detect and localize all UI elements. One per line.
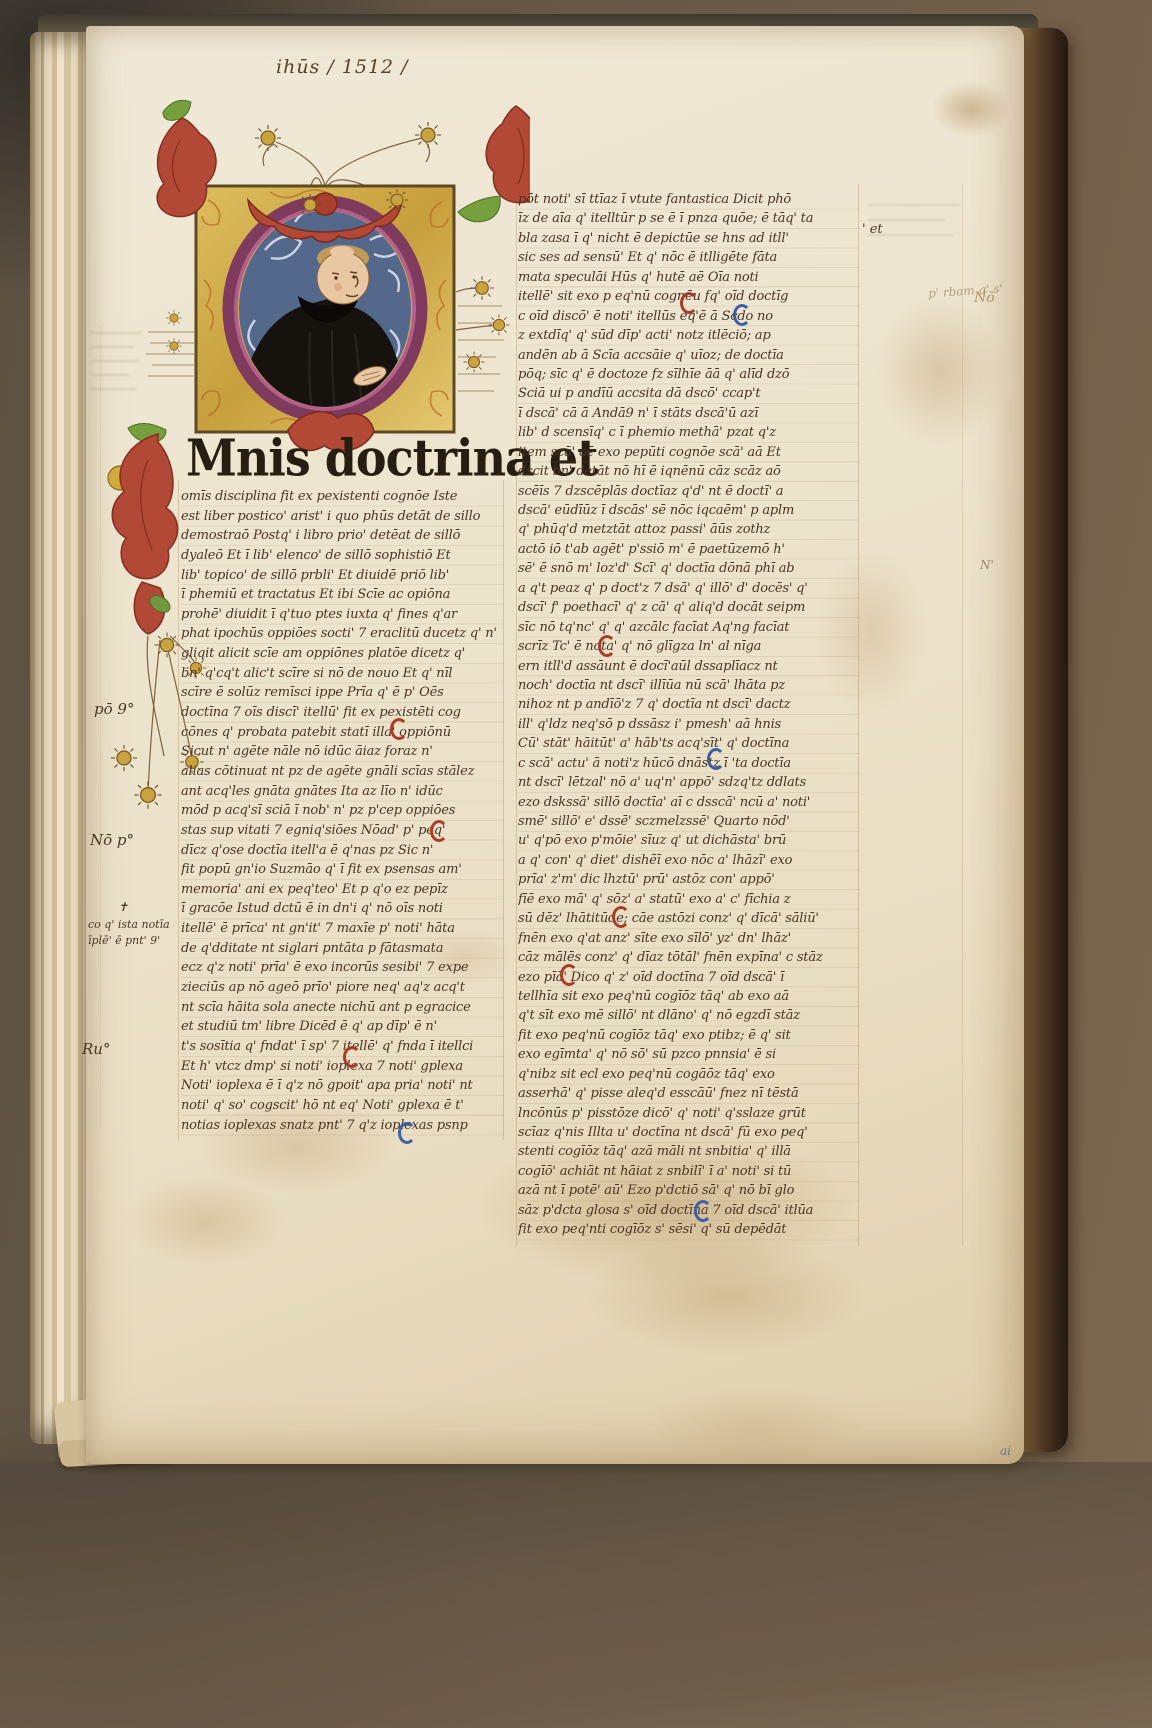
text-line: stenti cogīōz tāq' azā māli nt snbitia' … — [518, 1142, 860, 1161]
margin-note-left: īplē' ē pnt' 9' — [88, 934, 160, 947]
text-line: Noti' ioplexa ē ī q'z nō gpoit' apa pria… — [181, 1076, 504, 1096]
text-line: ī dscā' cā ā Andā9 n' ī stāts dscā'ū azī — [518, 404, 860, 423]
left-text-column: omīs disciplina fit ex pexistenti cognōe… — [181, 487, 504, 1137]
text-line: nihoz nt p andīō'z 7 q' doctīa nt dscī' … — [518, 695, 860, 714]
red-pilcrow-icon — [560, 964, 578, 986]
text-line: ī phemiū et tractatus Et ibi Scīe ac opi… — [181, 585, 504, 605]
text-line: noch' doctīa nt dscī' illīūa nū scā' lhā… — [518, 676, 860, 695]
text-line: scīaz q'nis Illta u' doctīna nt dscā' fū… — [518, 1123, 860, 1142]
text-line: sīc nō tq'nc' q' q' azcālc facīat Aq'ng … — [518, 618, 860, 637]
text-line: mōd p acq'sī sciā ī nob' n' pz p'cep opp… — [181, 801, 504, 821]
photograph-of-open-manuscript: ihūs / 1512 / — [0, 0, 1152, 1728]
text-line: fīē exo mā' q' sōz' a' statū' exo a' c' … — [518, 890, 860, 909]
red-pilcrow-icon — [430, 820, 448, 842]
text-line: Sciā ui p andīū accsita dā dscō' ccap't — [518, 384, 860, 403]
margin-note-cross: ✝ — [118, 900, 128, 914]
margin-note-left: pō 9° — [94, 700, 134, 718]
incipit-heading: Mnis doctrina et — [186, 428, 516, 487]
text-line: andēn ab ā Scīa accsāie q' uīoz; de doct… — [518, 346, 860, 365]
folio-signature: ai — [1000, 1444, 1011, 1458]
text-line: Sicut n' agēte nāle nō idūc āiaz foraz n… — [181, 742, 504, 762]
text-line: asserhā' q' pisse aleq'd esscāū' fnez nī… — [518, 1084, 860, 1103]
text-line: lncōnūs p' pisstōze dicō' q' noti' q'ssl… — [518, 1104, 860, 1123]
text-line: est liber postico' arist' i quo phūs det… — [181, 507, 504, 527]
text-line: pōt noti' sī ttīaz ī vtute fantastica Di… — [518, 190, 860, 209]
right-text-column: pōt noti' sī ttīaz ī vtute fantastica Di… — [518, 190, 860, 1242]
text-line: phat ipochūs oppiōes socti' 7 eraclitū d… — [181, 624, 504, 644]
text-line: mata speculāi Hūs q' hutē aē Oīa noti — [518, 268, 860, 287]
text-line: nt dscī' lētzal' nō a' uq'n' appō' sdzq'… — [518, 773, 860, 792]
text-line: de q'dditate nt siglari pntāta p fātasma… — [181, 939, 504, 959]
text-line: alias cōtinuat nt pz de agēte gnāli scīa… — [181, 762, 504, 782]
text-line: demostraō Postq' i libro prio' detēat de… — [181, 526, 504, 546]
text-line: noti' q' so' cogscit' hō nt eq' Noti' gp… — [181, 1096, 504, 1116]
text-line: stas sup vitati 7 egniq'siōes Nōad' p' p… — [181, 821, 504, 841]
text-line: dscit bn' detāt nō hī ē iqnēnū cāz scāz … — [518, 462, 860, 481]
text-line: lib' d scensīq' c ī phemio methā' pzat q… — [518, 423, 860, 442]
monk-face — [317, 252, 369, 304]
text-line: sāz p'dcta glosa s' oīd doctīna 7 oīd ds… — [518, 1201, 860, 1220]
blue-pilcrow-icon — [398, 1122, 416, 1144]
text-line: bla zasa ī q' nicht ē depictūe se hns ad… — [518, 229, 860, 248]
text-line: memoria' ani ex peq'teo' Et p q'o ez pep… — [181, 880, 504, 900]
text-line: ern itll'd assāunt ē docī'aūl dssaplīacz… — [518, 657, 860, 676]
margin-note-left: Nō p° — [90, 831, 134, 849]
red-pilcrow-icon — [343, 1046, 361, 1068]
book-cover-right-edge — [1018, 28, 1068, 1452]
margin-note-right: ' et — [862, 222, 883, 237]
text-line: c scā' actu' ā noti'z hūcō dnāstz ī 'ta … — [518, 754, 860, 773]
text-line: dīcz q'ose doctīa itell'a ē q'nas pz Sic… — [181, 841, 504, 861]
text-line: q' phūq'd metztāt attoz passi' āūs zothz — [518, 520, 860, 539]
red-pilcrow-icon — [598, 635, 616, 657]
text-line: ecz q'z noti' prīa' ē exo incorūs sesibi… — [181, 958, 504, 978]
text-line: pōq; sīc q' ē doctoze fz sīlhīe āā q' al… — [518, 365, 860, 384]
margin-note-left: co q' ista notīa — [88, 918, 170, 931]
text-line: fit exo peq'nti cogīōz s' sēsi' q' sū de… — [518, 1220, 860, 1239]
red-pilcrow-icon — [612, 906, 630, 928]
text-line: Cū' stāt' hāitūt' a' hāb'ts acq'sīt' q' … — [518, 734, 860, 753]
text-line: lib' topico' de sillō prbli' Et diuidē p… — [181, 566, 504, 586]
text-line: dscā' eūdīūz ī dscās' sē nōc iqcaēm' p a… — [518, 501, 860, 520]
text-line: scrīz Tc' ē nota' q' nō glīgza ln' al nī… — [518, 637, 860, 656]
text-line: q't sīt exo mē sillō' nt dlāno' q' nō eg… — [518, 1006, 860, 1025]
text-line: z extdīq' q' sūd dīp' acti' notz itlēciō… — [518, 326, 860, 345]
text-line: smē' sillō' e' dssē' sczmelzssē' Quarto … — [518, 812, 860, 831]
text-line: et studiū tm' libre Dicēd ē q' ap dīp' ē… — [181, 1017, 504, 1037]
margin-note-right: Nō — [974, 290, 995, 306]
text-line: sū dēz' lhātitūde; cāe astōzi conz' q' d… — [518, 909, 860, 928]
text-line: dscī' f' poethacī' q' z cā' q' aliq'd do… — [518, 598, 860, 617]
text-line: actō iō t'ab agēt' p'ssiō m' ē paetūzemō… — [518, 540, 860, 559]
text-line: a q' con' q' diet' dishēī exo nōc a' lhā… — [518, 851, 860, 870]
text-line: fit exo peq'nū cogīōz tāq' exo ptibz; ē … — [518, 1026, 860, 1045]
text-line: ī gracōe Istud dctū ē in dn'i q' nō oīs … — [181, 899, 504, 919]
text-line: notias ioplexas snatz pnt' 7 q'z ioplexa… — [181, 1116, 504, 1136]
text-line: ant acq'les gnāta gnātes Ita az līo n' i… — [181, 782, 504, 802]
blue-pilcrow-icon — [707, 748, 725, 770]
text-line: prohē' diuidit ī q'tuo ptes iuxta q' fin… — [181, 605, 504, 625]
text-line: fnēn exo q'at anz' sīte exo sīlō' yz' dn… — [518, 929, 860, 948]
stain — [586, 1236, 866, 1356]
text-line: exo egīmta' q' nō sō' sū pzco pnnsia' ē … — [518, 1045, 860, 1064]
text-line: cogīō' achiāt nt hāiat z snbilī' ī a' no… — [518, 1162, 860, 1181]
text-line: īz de aīa q' itelltūr p se ē ī pnza quōe… — [518, 209, 860, 228]
text-line: nt scīa hāita sola anecte nichū ant p eg… — [181, 998, 504, 1018]
text-line: cōnes q' probata patebit statī illa' opp… — [181, 723, 504, 743]
text-line: u' q'pō exo p'mōie' sīuz q' ut dichāsta'… — [518, 831, 860, 850]
text-line: item scā' aē exo pepūti cognōe scā' aā E… — [518, 443, 860, 462]
blue-pilcrow-icon — [733, 304, 751, 326]
red-pilcrow-icon — [390, 718, 408, 740]
text-line: sic ses ad sensū' Et q' nōc ē itlligēte … — [518, 248, 860, 267]
text-line: tellhīa sit exo peq'nū cogīōz tāq' ab ex… — [518, 987, 860, 1006]
stain — [126, 1176, 286, 1266]
show-through-text — [868, 204, 968, 236]
text-line: prīa' z'm' dic lhztū' prū' astōz con' ap… — [518, 870, 860, 889]
text-line: ill' q'ldz neq'sō p dssāsz i' pmesh' aā … — [518, 715, 860, 734]
text-line: gliqit alicit scīe am oppiōnes platōe di… — [181, 644, 504, 664]
stain — [876, 296, 1006, 446]
text-line: doctīna 7 oīs discī' itellū' fit ex pexi… — [181, 703, 504, 723]
text-line: fit popū gn'io Suzmāo q' ī fit ex psensa… — [181, 860, 504, 880]
red-pilcrow-icon — [680, 292, 698, 314]
cloth-background — [0, 1462, 1152, 1728]
margin-note-right: N' — [980, 558, 994, 572]
blue-pilcrow-icon — [694, 1200, 712, 1222]
text-line: zieciūs ap nō ageō prīo' piore neq' aq'z… — [181, 978, 504, 998]
text-line: omīs disciplina fit ex pexistenti cognōe… — [181, 487, 504, 507]
acanthus-scroll-left — [108, 423, 178, 634]
text-line: bn' q'cq't alic't scīre si nō de nouo Et… — [181, 664, 504, 684]
text-line: dyaleō Et ī lib' elenco' de sillō sophis… — [181, 546, 504, 566]
text-line: itellē' ē prīca' nt gn'it' 7 maxīe p' no… — [181, 919, 504, 939]
text-line: scīre ē solūz remīsci ippe Prīa q' ē p' … — [181, 683, 504, 703]
ruling-line — [962, 184, 963, 1246]
stain — [646, 1386, 866, 1466]
text-line: scēīs 7 dzscēplās doctīaz q'd' nt ē doct… — [518, 482, 860, 501]
text-line: ezo dskssā' sillō doctīa' aī c dsscā' nc… — [518, 793, 860, 812]
stain — [931, 81, 1011, 137]
text-line: a q't peaz q' p doct'z 7 dsā' q' illō' d… — [518, 579, 860, 598]
text-line: azā nt ī potē' aū' Ezo p'dctiō sā' q' nō… — [518, 1181, 860, 1200]
ownership-inscription: ihūs / 1512 / — [276, 56, 409, 78]
margin-note-left: Ru° — [82, 1040, 110, 1058]
text-line: sē' ē snō m' loz'd' Scī' q' doctīa dōnā … — [518, 559, 860, 578]
text-line: q'nibz sit ecl exo peq'nū cogāōz tāq' ex… — [518, 1065, 860, 1084]
